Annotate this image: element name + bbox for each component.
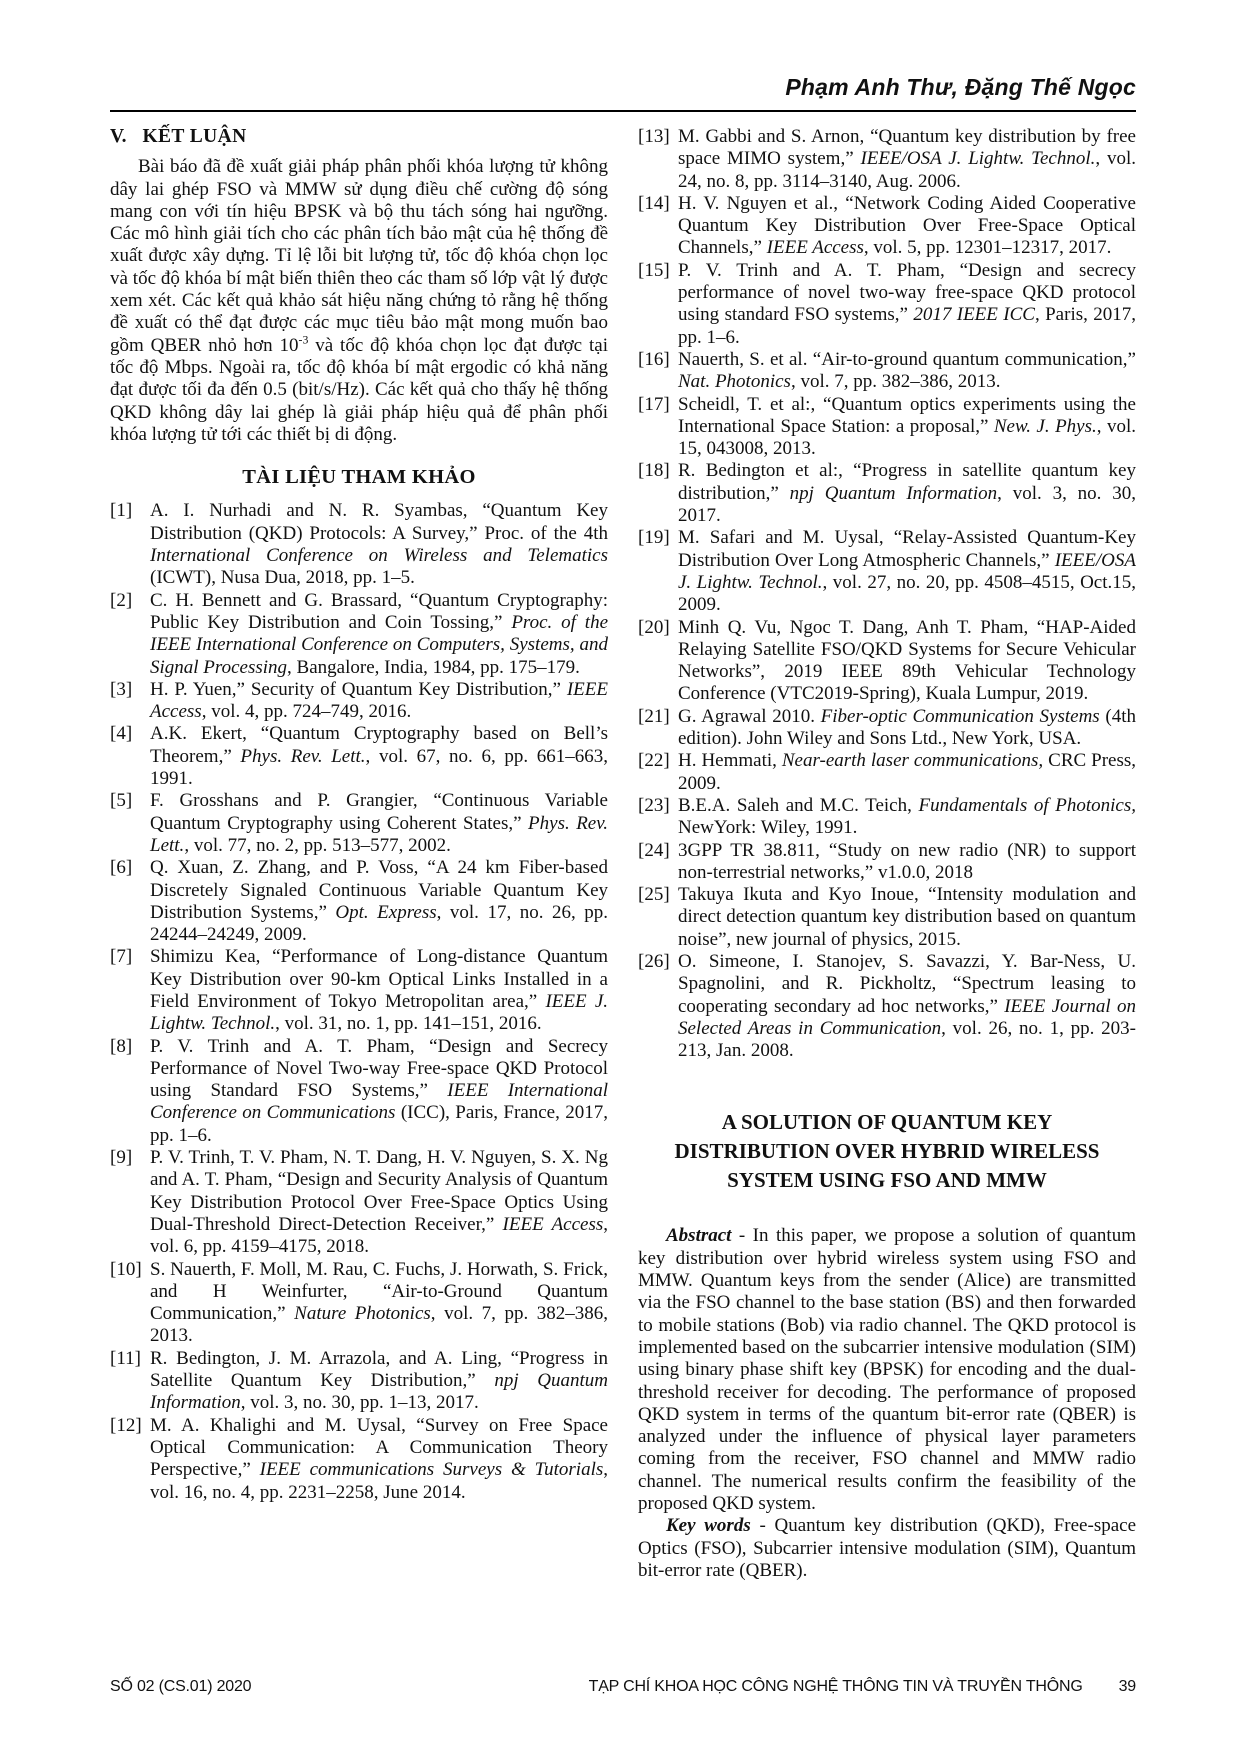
reference-item: [21]G. Agrawal 2010. Fiber-optic Communi… [638,706,1136,751]
reference-item: [18]R. Bedington et al:, “Progress in sa… [638,460,1136,527]
english-title-line-3: SYSTEM USING FSO AND MMW [638,1166,1136,1195]
reference-venue: Nat. Photonics [678,371,791,392]
reference-number: [18] [638,460,678,482]
page-footer: SỐ 02 (CS.01) 2020 TẠP CHÍ KHOA HỌC CÔNG… [110,1654,1136,1696]
content-columns: V.KẾT LUẬN Bài báo đã đề xuất giải pháp … [110,126,1136,1582]
reference-item: [5]F. Grosshans and P. Grangier, “Contin… [110,790,608,857]
reference-number: [1] [110,500,150,522]
reference-item: [13]M. Gabbi and S. Arnon, “Quantum key … [638,126,1136,193]
reference-text: (ICWT), Nusa Dua, 2018, pp. 1–5. [150,567,415,588]
reference-item: [19]M. Safari and M. Uysal, “Relay-Assis… [638,527,1136,616]
header-rule [110,110,1136,112]
reference-text: A. I. Nurhadi and N. R. Syambas, “Quantu… [150,500,608,543]
reference-venue: Nature Photonics [294,1303,431,1324]
section-title: KẾT LUẬN [142,126,246,147]
superscript-exponent: -3 [299,333,309,346]
reference-number: [21] [638,706,678,728]
section-number: V. [110,126,126,147]
reference-venue: Near-earth laser communications, [782,750,1043,771]
reference-text: G. Agrawal 2010. [678,706,821,727]
reference-item: [6]Q. Xuan, Z. Zhang, and P. Voss, “A 24… [110,857,608,946]
reference-item: [9]P. V. Trinh, T. V. Pham, N. T. Dang, … [110,1147,608,1258]
references-heading: TÀI LIỆU THAM KHẢO [110,466,608,488]
reference-item: [26]O. Simeone, I. Stanojev, S. Savazzi,… [638,951,1136,1062]
keywords-paragraph: Key words - Quantum key distribution (QK… [638,1515,1136,1582]
reference-item: [3]H. P. Yuen,” Security of Quantum Key … [110,679,608,724]
reference-item: [10]S. Nauerth, F. Moll, M. Rau, C. Fuch… [110,1259,608,1348]
reference-text: Minh Q. Vu, Ngoc T. Dang, Anh T. Pham, “… [678,617,1136,705]
reference-number: [10] [110,1259,150,1281]
reference-venue: IEEE Access [767,237,864,258]
conclusion-paragraph: Bài báo đã đề xuất giải pháp phân phối k… [110,156,608,446]
section-heading-conclusion: V.KẾT LUẬN [110,126,608,148]
reference-item: [2]C. H. Bennett and G. Brassard, “Quant… [110,590,608,679]
reference-item: [1]A. I. Nurhadi and N. R. Syambas, “Qua… [110,500,608,589]
left-column: V.KẾT LUẬN Bài báo đã đề xuất giải pháp … [110,126,608,1582]
reference-item: [23]B.E.A. Saleh and M.C. Teich, Fundame… [638,795,1136,840]
english-title-line-2: DISTRIBUTION OVER HYBRID WIRELESS [638,1137,1136,1166]
footer-right-group: TẠP CHÍ KHOA HỌC CÔNG NGHỆ THÔNG TIN VÀ … [589,1678,1136,1696]
reference-number: [14] [638,193,678,215]
reference-item: [7]Shimizu Kea, “Performance of Long-dis… [110,946,608,1035]
reference-text: , Bangalore, India, 1984, pp. 175–179. [287,657,580,678]
reference-venue: New. J. Phys. [994,416,1097,437]
keywords-label: Key words [666,1515,751,1536]
reference-venue: Phys. Rev. Lett. [240,746,365,767]
reference-venue: Fiber-optic Communication Systems [821,706,1100,727]
reference-number: [12] [110,1415,150,1437]
reference-number: [8] [110,1036,150,1058]
reference-item: [12]M. A. Khalighi and M. Uysal, “Survey… [110,1415,608,1504]
reference-text: B.E.A. Saleh and M.C. Teich, [678,795,919,816]
reference-item: [24]3GPP TR 38.811, “Study on new radio … [638,840,1136,885]
paper-page: Phạm Anh Thư, Đặng Thế Ngọc V.KẾT LUẬN B… [0,0,1240,1754]
references-list-right: [13]M. Gabbi and S. Arnon, “Quantum key … [638,126,1136,1062]
header-authors: Phạm Anh Thư, Đặng Thế Ngọc [785,74,1136,100]
conclusion-text-1: Bài báo đã đề xuất giải pháp phân phối k… [110,156,608,355]
reference-number: [4] [110,723,150,745]
reference-number: [23] [638,795,678,817]
reference-text: , vol. 4, pp. 724–749, 2016. [202,701,412,722]
reference-number: [16] [638,349,678,371]
reference-item: [20]Minh Q. Vu, Ngoc T. Dang, Anh T. Pha… [638,617,1136,706]
reference-number: [3] [110,679,150,701]
reference-text: Nauerth, S. et al. “Air-to-ground quantu… [678,349,1136,370]
reference-item: [4]A.K. Ekert, “Quantum Cryptography bas… [110,723,608,790]
reference-text: H. P. Yuen,” Security of Quantum Key Dis… [150,679,567,700]
right-column: [13]M. Gabbi and S. Arnon, “Quantum key … [638,126,1136,1582]
reference-venue: IEEE Access [503,1214,604,1235]
references-list-left: [1]A. I. Nurhadi and N. R. Syambas, “Qua… [110,500,608,1503]
reference-number: [13] [638,126,678,148]
reference-number: [26] [638,951,678,973]
reference-text: , vol. 3, no. 30, pp. 1–13, 2017. [241,1392,479,1413]
reference-venue: npj Quantum Information [790,483,997,504]
reference-number: [7] [110,946,150,968]
reference-number: [9] [110,1147,150,1169]
abstract-text: - In this paper, we propose a solution o… [638,1225,1136,1514]
footer-journal-title: TẠP CHÍ KHOA HỌC CÔNG NGHỆ THÔNG TIN VÀ … [589,1678,1083,1696]
reference-number: [19] [638,527,678,549]
footer-issue: SỐ 02 (CS.01) 2020 [110,1678,251,1696]
reference-item: [15]P. V. Trinh and A. T. Pham, “Design … [638,260,1136,349]
reference-item: [11]R. Bedington, J. M. Arrazola, and A.… [110,1348,608,1415]
reference-item: [22]H. Hemmati, Near-earth laser communi… [638,750,1136,795]
reference-item: [14]H. V. Nguyen et al., “Network Coding… [638,193,1136,260]
reference-text: Shimizu Kea, “Performance of Long-distan… [150,946,608,1012]
reference-number: [17] [638,394,678,416]
reference-venue: IEEE communications Surveys & Tutorials [260,1459,604,1480]
reference-number: [22] [638,750,678,772]
reference-number: [6] [110,857,150,879]
reference-text: NewYork: Wiley, 1991. [678,817,857,838]
page-header: Phạm Anh Thư, Đặng Thế Ngọc [110,74,1136,101]
reference-text: H. Hemmati, [678,750,782,771]
reference-text: Takuya Ikuta and Kyo Inoue, “Intensity m… [678,884,1136,950]
reference-item: [17]Scheidl, T. et al:, “Quantum optics … [638,394,1136,461]
reference-text: , vol. 77, no. 2, pp. 513–577, 2002. [184,835,451,856]
english-title: A SOLUTION OF QUANTUM KEYDISTRIBUTION OV… [638,1108,1136,1195]
reference-number: [24] [638,840,678,862]
reference-number: [5] [110,790,150,812]
reference-item: [25]Takuya Ikuta and Kyo Inoue, “Intensi… [638,884,1136,951]
reference-venue: Fundamentals of Photonics, [919,795,1137,816]
reference-item: [8]P. V. Trinh and A. T. Pham, “Design a… [110,1036,608,1147]
reference-venue: Opt. Express [335,902,436,923]
reference-text: , vol. 7, pp. 382–386, 2013. [791,371,1001,392]
reference-text: , vol. 31, no. 1, pp. 141–151, 2016. [275,1013,542,1034]
abstract-paragraph: Abstract - In this paper, we propose a s… [638,1225,1136,1515]
abstract-label: Abstract [666,1225,731,1246]
reference-venue: 2017 IEEE ICC [913,304,1035,325]
reference-text: , vol. 5, pp. 12301–12317, 2017. [864,237,1112,258]
reference-number: [11] [110,1348,150,1370]
reference-number: [20] [638,617,678,639]
reference-number: [25] [638,884,678,906]
reference-item: [16]Nauerth, S. et al. “Air-to-ground qu… [638,349,1136,394]
reference-text: 3GPP TR 38.811, “Study on new radio (NR)… [678,840,1136,883]
reference-number: [15] [638,260,678,282]
page-number: 39 [1119,1678,1136,1696]
english-title-line-1: A SOLUTION OF QUANTUM KEY [638,1108,1136,1137]
reference-number: [2] [110,590,150,612]
reference-venue: International Conference on Wireless and… [150,545,608,566]
reference-venue: IEEE/OSA J. Lightw. Technol. [860,148,1095,169]
